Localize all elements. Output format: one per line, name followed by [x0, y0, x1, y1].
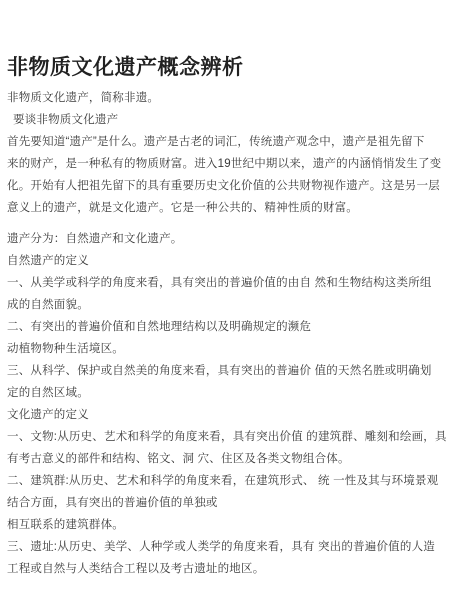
text-line-para1-2: 来的财产，是一种私有的物质财富。进入19世纪中期以来，遗产的内涵悄悄发生了变	[7, 153, 443, 175]
text-line-natural-item1-2: 成的自然面貌。	[7, 294, 443, 316]
text-line-cultural-item1-1: 一、文物:从历史、艺术和科学的角度来看，具有突出价值 的建筑群、雕刻和绘画，具	[7, 426, 443, 448]
text-line-cultural-item1-2: 有考古意义的部件和结构、铭文、洞 穴、住区及各类文物组合体。	[7, 448, 443, 470]
text-line-cultural-def-heading: 文化遗产的定义	[7, 404, 443, 426]
text-line-heritage-types: 遗产分为：自然遗产和文化遗产。	[7, 228, 443, 250]
text-line-cultural-item2-2: 结合方面，具有突出的普遍价值的单独或	[7, 492, 443, 514]
text-line-cultural-item2-3: 相互联系的建筑群体。	[7, 514, 443, 536]
text-line-cultural-item2-1: 二、建筑群:从历史、艺术和科学的角度来看，在建筑形式、 统 一性及其与环境景观	[7, 470, 443, 492]
text-line-cultural-item3-1: 三、遗址:从历史、美学、人种学或人类学的角度来看，具有 突出的普遍价值的人造	[7, 536, 443, 558]
article: 非物质文化遗产概念辨析 非物质文化遗产，简称非遗。 要谈非物质文化遗产 首先要知…	[0, 0, 449, 580]
text-line-natural-item3-2: 定的自然区域。	[7, 382, 443, 404]
text-line-natural-item2-2: 动植物物种生活境区。	[7, 338, 443, 360]
text-line-natural-def-heading: 自然遗产的定义	[7, 250, 443, 272]
text-line-natural-item1-1: 一、从美学或科学的角度来看，具有突出的普遍价值的由自 然和生物结构这类所组	[7, 272, 443, 294]
text-line-natural-item3-1: 三、从科学、保护或自然美的角度来看，具有突出的普遍价 值的天然名胜或明确划	[7, 360, 443, 382]
page-title: 非物质文化遗产概念辨析	[7, 55, 443, 81]
text-line-intro-2: 要谈非物质文化遗产	[7, 109, 443, 131]
text-line-para1-1: 首先要知道“遗产”是什么。遗产是古老的词汇，传统遗产观念中，遗产是祖先留下	[7, 131, 443, 153]
text-line-cultural-item3-2: 工程或自然与人类结合工程以及考古遗址的地区。	[7, 558, 443, 580]
text-line-natural-item2-1: 二、有突出的普遍价值和自然地理结构以及明确规定的濒危	[7, 316, 443, 338]
text-line-para1-3: 化。开始有人把祖先留下的具有重要历史文化价值的公共财物视作遗产。这是另一层	[7, 175, 443, 197]
text-line-para1-4: 意义上的遗产，就是文化遗产。它是一种公共的、精神性质的财富。	[7, 197, 443, 219]
text-line-intro-1: 非物质文化遗产，简称非遗。	[7, 87, 443, 109]
